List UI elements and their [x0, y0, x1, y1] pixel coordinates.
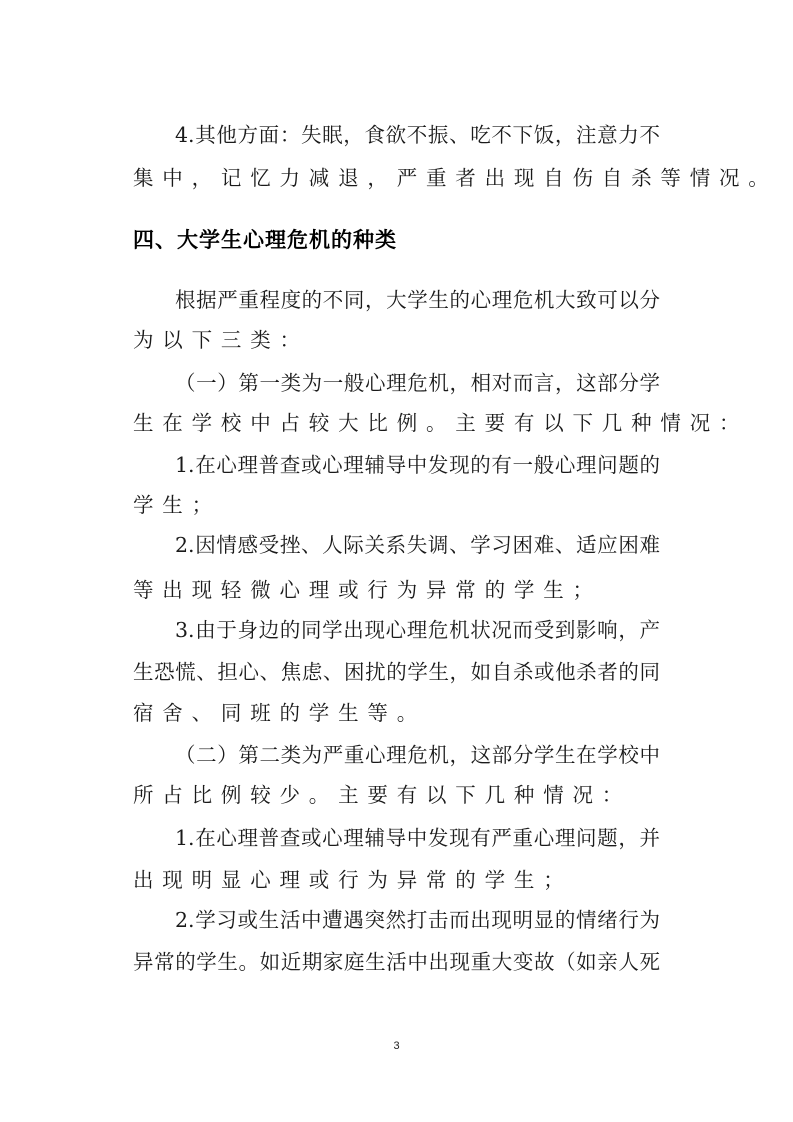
body-text-line: 出现明显心理或行为异常的学生； [133, 865, 660, 895]
body-text-line: 4.其他方面：失眠，食欲不振、吃不下饭，注意力不 [175, 120, 660, 150]
body-text-line: 1.在心理普查或心理辅导中发现的有一般心理问题的 [175, 450, 660, 480]
body-text-line: 为以下三类： [133, 325, 660, 355]
body-text-line: 学生； [133, 490, 660, 520]
body-text-line: 所占比例较少。主要有以下几种情况： [133, 780, 660, 810]
body-text-line: 生恐慌、担心、焦虑、困扰的学生，如自杀或他杀者的同 [133, 657, 660, 687]
document-page: 4.其他方面：失眠，食欲不振、吃不下饭，注意力不 集中，记忆力减退，严重者出现自… [0, 0, 793, 1122]
body-text-line: 集中，记忆力减退，严重者出现自伤自杀等情况。 [133, 163, 660, 193]
body-text-line: 2.学习或生活中遭遇突然打击而出现明显的情绪行为 [175, 905, 660, 935]
section-heading: 四、大学生心理危机的种类 [133, 225, 397, 255]
body-text-line: 等出现轻微心理或行为异常的学生； [133, 575, 660, 605]
body-text-line: 根据严重程度的不同，大学生的心理危机大致可以分 [175, 285, 660, 315]
body-text-line: 异常的学生。如近期家庭生活中出现重大变故（如亲人死 [133, 947, 660, 977]
body-text-line: 3.由于身边的同学出现心理危机状况而受到影响，产 [175, 615, 660, 645]
page-number: 3 [0, 1040, 793, 1052]
body-text-line: 2.因情感受挫、人际关系失调、学习困难、适应困难 [175, 530, 660, 560]
body-text-line: （一）第一类为一般心理危机，相对而言，这部分学 [175, 368, 660, 398]
body-text-line: 生在学校中占较大比例。主要有以下几种情况： [133, 408, 660, 438]
body-text-line: 1.在心理普查或心理辅导中发现有严重心理问题，并 [175, 823, 660, 853]
body-text-line: 宿舍、同班的学生等。 [133, 698, 660, 728]
body-text-line: （二）第二类为严重心理危机，这部分学生在学校中 [175, 740, 660, 770]
